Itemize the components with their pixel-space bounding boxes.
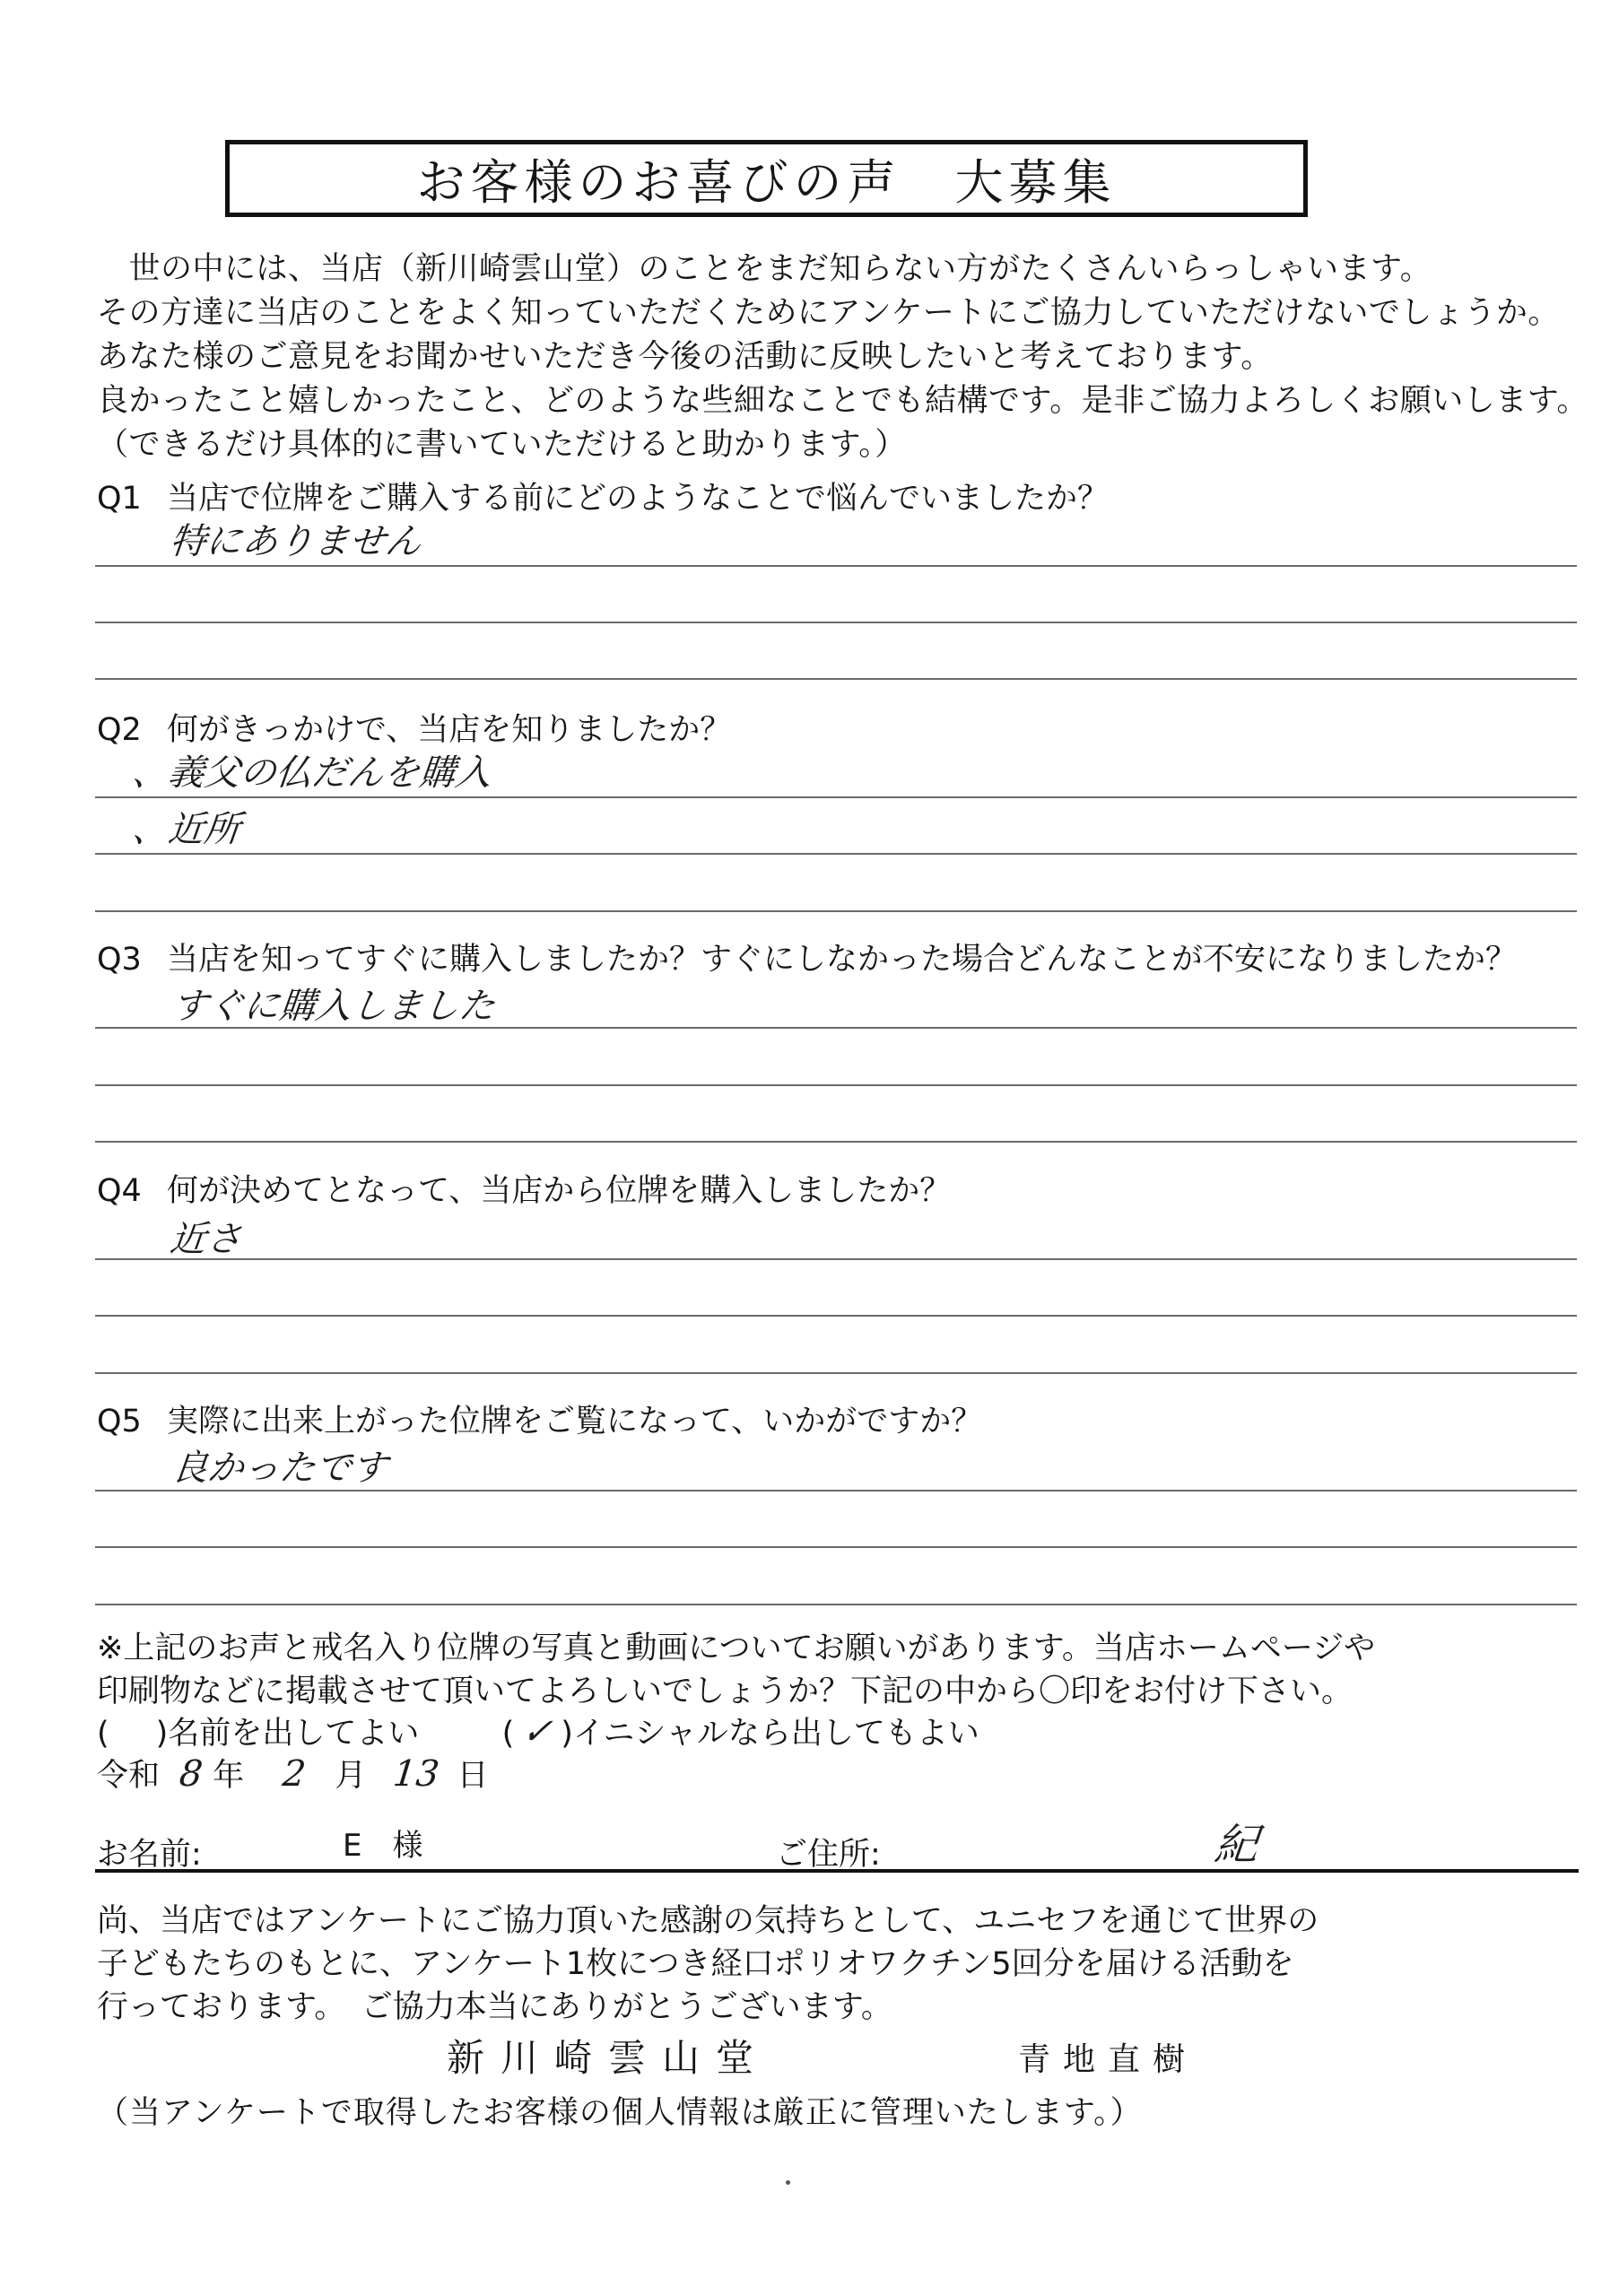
owner-name: 青地直樹	[1018, 2034, 1197, 2080]
intro-line: その方達に当店のことをよく知っていただくためにアンケートにご協力していただけない…	[97, 288, 1560, 333]
option-name-checkbox[interactable]: ()	[97, 1716, 168, 1752]
question-1: Q1当店で位牌をご購入する前にどのようなことで悩んでいましたか？	[97, 474, 1109, 518]
question-text: 何がきっかけで、当店を知りましたか？	[167, 712, 731, 748]
title-sub: 大募集	[955, 154, 1117, 211]
date-year-label: 年	[213, 1758, 244, 1794]
question-number: Q5	[97, 1404, 167, 1439]
answer-2-line-1[interactable]: 、義父の仏だんを購入	[130, 744, 494, 796]
footer-line: 子どもたちのもとに、アンケート1枚につき経口ポリオワクチン5回分を届ける活動を	[97, 1939, 1294, 1984]
question-text: 当店で位牌をご購入する前にどのようなことで悩んでいましたか？	[167, 481, 1109, 517]
intro-line: 良かったこと嬉しかったこと、どのような些細なことでも結構です。是非ご協力よろしく…	[97, 376, 1589, 421]
consent-options: ()名前を出してよい (✓)イニシャルなら出してもよい	[97, 1709, 979, 1753]
answer-line	[95, 678, 1577, 680]
answer-line	[95, 1315, 1577, 1317]
question-number: Q1	[97, 481, 167, 517]
answer-line	[95, 622, 1577, 623]
answer-line	[95, 1141, 1577, 1143]
page-title: お客様のお喜びの声大募集	[417, 144, 1117, 213]
date-era: 令和	[97, 1758, 160, 1794]
option-initial-mark: ✓	[512, 1711, 563, 1752]
signature-line	[95, 1869, 1579, 1873]
address-field[interactable]: 紀	[1212, 1810, 1261, 1872]
date-row: 令和 8年 2月 13日	[97, 1751, 488, 1796]
answer-line	[95, 1546, 1577, 1548]
intro-line: 世の中には、当店（新川崎雲山堂）のことをまだ知らない方がたくさんいらっしゃいます…	[97, 244, 1432, 289]
answer-line	[95, 565, 1577, 567]
question-number: Q2	[97, 712, 167, 748]
privacy-note: （当アンケートで取得したお客様の個人情報は厳正に管理いたします。）	[97, 2088, 1143, 2133]
intro-line: （できるだけ具体的に書いていただけると助かります。）	[97, 420, 907, 465]
address-label: ご住所:	[776, 1830, 881, 1874]
name-label: お名前:	[97, 1830, 202, 1874]
answer-1-line-1[interactable]: 特にありません	[168, 513, 424, 564]
answer-5-line-1[interactable]: 良かったです	[170, 1439, 390, 1491]
answer-3-line-1[interactable]: すぐに購入しました	[170, 978, 498, 1029]
date-day[interactable]: 13	[374, 1753, 459, 1795]
consent-line: 印刷物などに掲載させて頂いてよろしいでしょうか？下記の中から〇印をお付け下さい。	[97, 1666, 1353, 1711]
answer-2-line-2[interactable]: 、近所	[130, 801, 243, 852]
date-day-label: 日	[457, 1758, 488, 1794]
date-month-label: 月	[335, 1758, 366, 1794]
footer-line: 尚、当店ではアンケートにご協力頂いた感謝の気持ちとして、ユニセフを通じて世界の	[97, 1896, 1319, 1941]
option-initial-label: イニシャルなら出してもよい	[573, 1716, 979, 1752]
title-main: お客様のお喜びの声	[417, 154, 901, 211]
question-text: 当店を知ってすぐに購入しましたか？すぐにしなかった場合どんなことが不安になりまし…	[167, 942, 1517, 978]
consent-line: ※上記のお声と戒名入り位牌の写真と動画についてお願いがあります。当店ホームページ…	[97, 1623, 1375, 1668]
answer-line	[95, 1084, 1577, 1086]
answer-4-line-1[interactable]: 近さ	[168, 1211, 245, 1262]
option-initial-checkbox[interactable]: (✓)	[502, 1716, 573, 1752]
answer-line	[95, 910, 1577, 912]
question-number: Q4	[97, 1173, 167, 1209]
question-number: Q3	[97, 942, 167, 978]
title-box: お客様のお喜びの声大募集	[225, 140, 1308, 217]
answer-line	[95, 1027, 1577, 1029]
shop-name: 新川崎雲山堂	[447, 2029, 770, 2083]
scan-speck	[786, 2180, 790, 2185]
option-name-label: 名前を出してよい	[168, 1716, 419, 1752]
date-year[interactable]: 8	[168, 1753, 215, 1795]
answer-line	[95, 1490, 1577, 1492]
intro-line: あなた様のご意見をお聞かせいただき今後の活動に反映したいと考えております。	[97, 332, 1273, 377]
question-text: 実際に出来上がった位牌をご覧になって、いかがですか？	[167, 1404, 982, 1439]
question-text: 何が決めてとなって、当店から位牌を購入しましたか？	[167, 1173, 951, 1209]
date-month[interactable]: 2	[252, 1753, 337, 1795]
answer-line	[95, 796, 1577, 798]
answer-line	[95, 1372, 1577, 1374]
question-4: Q4何が決めてとなって、当店から位牌を購入しましたか？	[97, 1166, 951, 1211]
footer-line: 行っております。 ご協力本当にありがとうございます。	[97, 1982, 892, 2027]
answer-line	[95, 1258, 1577, 1260]
answer-line	[95, 1604, 1577, 1605]
question-5: Q5実際に出来上がった位牌をご覧になって、いかがですか？	[97, 1396, 982, 1441]
question-3: Q3当店を知ってすぐに購入しましたか？すぐにしなかった場合どんなことが不安になり…	[97, 935, 1517, 979]
name-field[interactable]: E 様	[343, 1821, 422, 1865]
answer-line	[95, 853, 1577, 855]
question-2: Q2何がきっかけで、当店を知りましたか？	[97, 705, 731, 750]
